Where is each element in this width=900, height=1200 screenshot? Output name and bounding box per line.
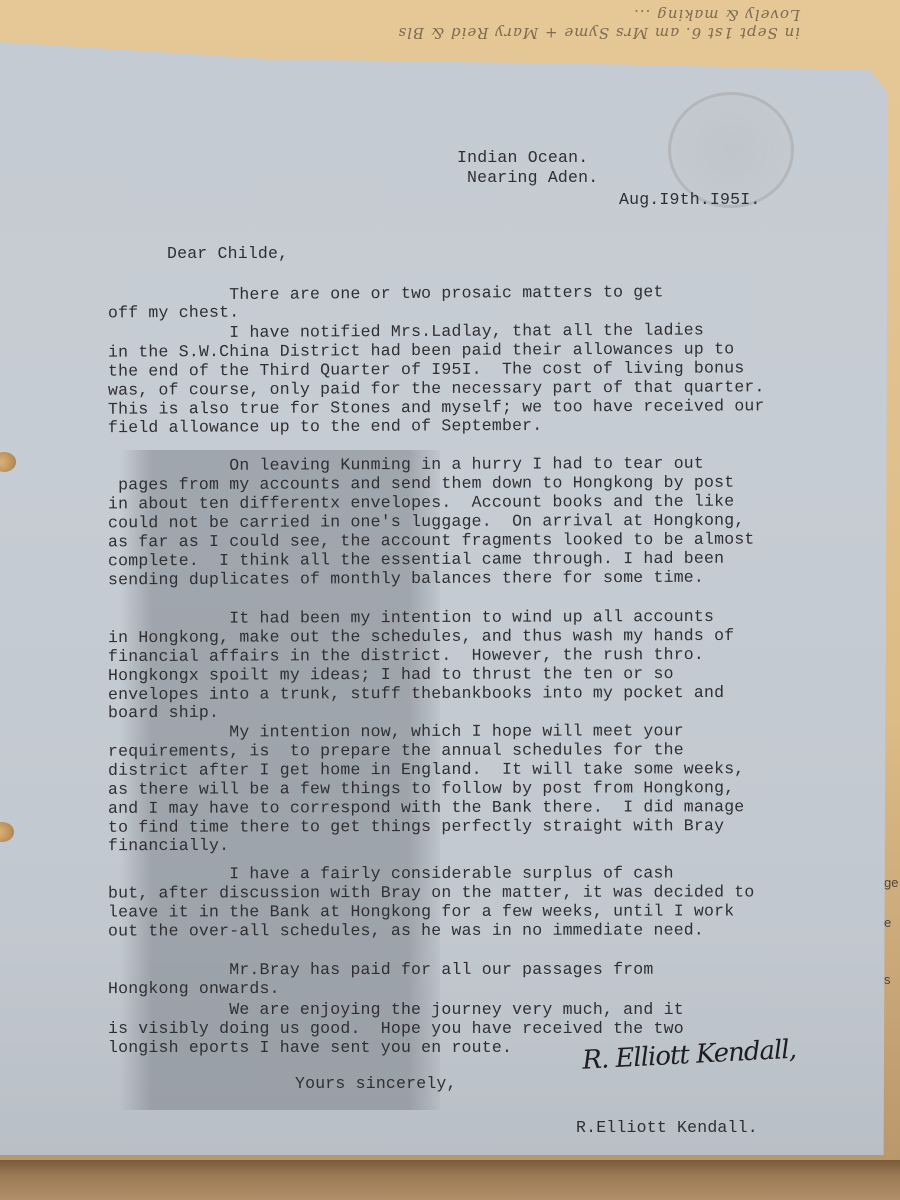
body-line: It had been my intention to wind up all … bbox=[108, 607, 714, 628]
body-line: but, after discussion with Bray on the m… bbox=[108, 882, 755, 902]
bottom-paper-edge bbox=[0, 1160, 900, 1200]
body-line: is visibly doing us good. Hope you have … bbox=[108, 1019, 684, 1038]
edge-letter: s bbox=[884, 972, 891, 987]
body-line: Mr.Bray has paid for all our passages fr… bbox=[108, 960, 654, 979]
handwriting-line: in Sept 1st 6. am Mrs Syme + Mary Reid &… bbox=[40, 24, 800, 42]
body-line: and I may have to correspond with the Ba… bbox=[108, 797, 744, 818]
salutation: Dear Childe, bbox=[167, 244, 288, 263]
handwritten-signature: R. Elliott Kendall, bbox=[582, 1034, 805, 1105]
body-line: My intention now, which I hope will meet… bbox=[108, 721, 684, 742]
body-line: I have a fairly considerable surplus of … bbox=[108, 864, 674, 884]
body-line: leave it in the Bank at Hongkong for a f… bbox=[108, 901, 734, 921]
body-line: Hongkongx spoilt my ideas; I had to thru… bbox=[108, 664, 674, 685]
body-line: There are one or two prosaic matters to … bbox=[108, 282, 664, 304]
body-line: board ship. bbox=[108, 703, 219, 722]
address-line: Nearing Aden. bbox=[467, 168, 598, 187]
closing: Yours sincerely, bbox=[295, 1074, 457, 1093]
body-line: Hongkong onwards. bbox=[108, 979, 280, 998]
address-line: Indian Ocean. bbox=[457, 148, 588, 167]
body-line: financial affairs in the district. Howev… bbox=[108, 645, 704, 666]
letter-date: Aug.I9th.I95I. bbox=[619, 190, 760, 209]
edge-letter: e bbox=[884, 915, 891, 930]
body-line: requirements, is to prepare the annual s… bbox=[108, 740, 684, 761]
body-line: in Hongkong, make out the schedules, and… bbox=[108, 626, 734, 647]
body-line: district after I get home in England. It… bbox=[108, 759, 744, 780]
body-line: as there will be a few things to follow … bbox=[108, 778, 734, 799]
body-line: financially. bbox=[108, 836, 229, 855]
body-line: field allowance up to the end of Septemb… bbox=[108, 416, 542, 437]
body-line: out the over-all schedules, as he was in… bbox=[108, 920, 704, 940]
body-line: to find time there to get things perfect… bbox=[108, 816, 724, 837]
body-line: off my chest. bbox=[108, 303, 239, 323]
typed-name: R.Elliott Kendall. bbox=[576, 1118, 758, 1137]
handwriting-line: Lovely & making ... bbox=[40, 6, 800, 24]
body-line: This is also true for Stones and myself;… bbox=[108, 396, 765, 418]
edge-letter: ge bbox=[884, 875, 898, 890]
body-line: longish eports I have sent you en route. bbox=[108, 1038, 512, 1057]
body-line: envelopes into a trunk, stuff thebankboo… bbox=[108, 683, 724, 704]
body-line: sending duplicates of monthly balances t… bbox=[108, 568, 704, 590]
body-line: We are enjoying the journey very much, a… bbox=[108, 1000, 684, 1019]
body-line: On leaving Kunming in a hurry I had to t… bbox=[108, 454, 704, 476]
background-handwriting: in Sept 1st 6. am Mrs Syme + Mary Reid &… bbox=[40, 2, 800, 42]
